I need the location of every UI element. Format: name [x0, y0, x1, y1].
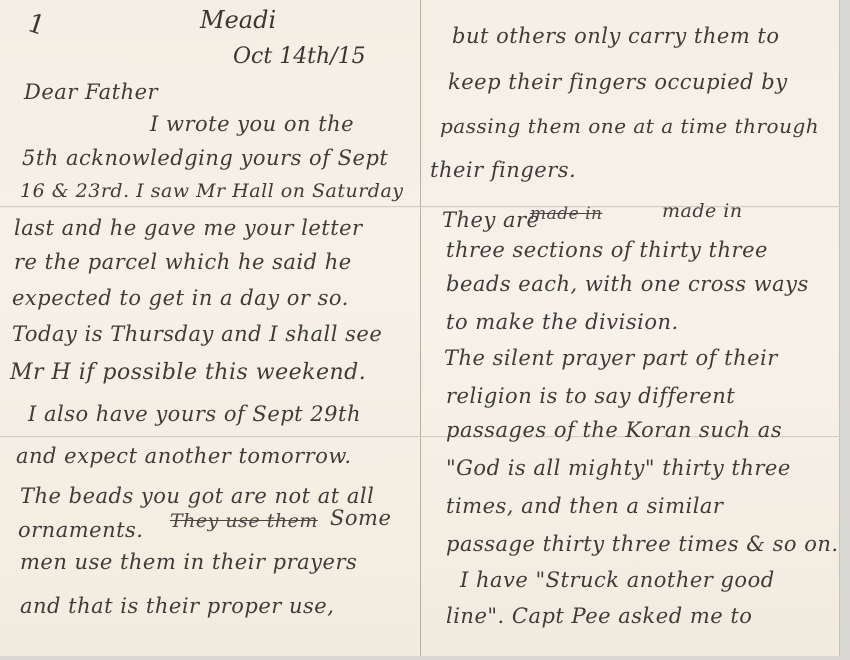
letter-line: three sections of thirty three [446, 238, 768, 262]
struck-through-text: They use them [170, 510, 318, 532]
letter-line: last and he gave me your letter [14, 216, 363, 240]
letter-place: Meadi [200, 6, 276, 34]
letter-line: line". Capt Pee asked me to [446, 604, 752, 628]
letter-line: passage thirty three times & so on. [446, 532, 839, 556]
letter-line: "God is all mighty" thirty three [446, 456, 791, 480]
letter-line: passages of the Koran such as [446, 418, 782, 442]
letter-line: The beads you got are not at all [20, 484, 374, 508]
letter-line: passing them one at a time through [440, 114, 819, 138]
letter-line: times, and then a similar [446, 494, 723, 518]
letter-line: beads each, with one cross ways [446, 272, 809, 296]
letter-line: Mr H if possible this weekend. [10, 360, 366, 385]
letter-line: I wrote you on the [150, 112, 354, 136]
letter-line: and expect another tomorrow. [16, 444, 352, 468]
letter-line: and that is their proper use, [20, 594, 334, 618]
letter-line: religion is to say different [446, 384, 735, 408]
letter-line: 5th acknowledging yours of Sept [22, 146, 388, 170]
letter-date: Oct 14th/15 [233, 44, 366, 69]
letter-line: their fingers. [430, 158, 576, 182]
letter-line: made in [662, 200, 743, 222]
letter-line: Today is Thursday and I shall see [12, 322, 382, 346]
struck-through-text: made in [530, 204, 603, 224]
letter-line: expected to get in a day or so. [12, 286, 349, 310]
letter-line: ornaments. [18, 518, 143, 542]
letter-line: The silent prayer part of their [444, 346, 778, 370]
letter-line: Some [330, 506, 391, 530]
letter-line: men use them in their prayers [20, 550, 357, 574]
letter-line: to make the division. [446, 310, 679, 334]
letter-line: They are [442, 208, 540, 232]
letter-line: I also have yours of Sept 29th [28, 402, 361, 426]
letter-line: keep their fingers occupied by [448, 70, 788, 94]
letter-line: I have "Struck another good [460, 568, 775, 592]
letter-line: re the parcel which he said he [14, 250, 352, 274]
letter-line: 16 & 23rd. I saw Mr Hall on Saturday [20, 180, 404, 202]
salutation: Dear Father [24, 80, 158, 104]
letter-line: but others only carry them to [452, 24, 780, 48]
